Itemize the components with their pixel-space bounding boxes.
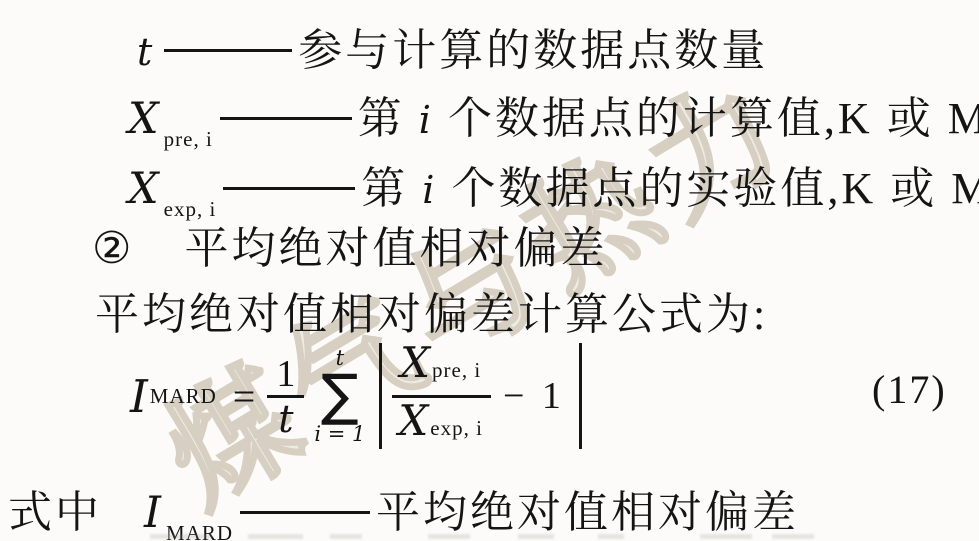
definition-text: 个数据点的计算值,K 或 MPa: [434, 94, 979, 143]
heading-text: 平均绝对值相对偏差: [184, 224, 607, 273]
definition-line-xpre: Xpre, i第 i 个数据点的计算值,K 或 MPa: [128, 82, 979, 152]
where-description: 平均绝对值相对偏差: [376, 488, 799, 537]
index-i: i: [419, 98, 434, 142]
variable-i-mard: I: [144, 488, 164, 538]
intro-sentence: 平均绝对值相对偏差计算公式为:: [95, 278, 768, 342]
definition-text: 个数据点的实验值,K 或 MPa: [437, 164, 979, 213]
item-marker: ②: [92, 224, 134, 273]
variable-x: X: [400, 340, 430, 386]
variable-x-subscript: pre, i: [164, 127, 213, 151]
document-page: 煤气与热力 t参与计算的数据点数量 Xpre, i第 i 个数据点的计算值,K …: [0, 0, 979, 541]
variable-x: X: [128, 94, 162, 144]
definition-dash: [164, 49, 292, 52]
absolute-value-bar-right: [579, 343, 582, 449]
fraction-numerator: Xpre, i: [394, 340, 489, 395]
fraction-denominator: t: [269, 398, 302, 440]
summation-lower-limit: i = 1: [314, 423, 365, 445]
equation-number: (17): [872, 366, 947, 413]
sigma-symbol: ∑: [321, 369, 359, 423]
definition-line-t: t参与计算的数据点数量: [137, 14, 768, 84]
variable-x: X: [128, 164, 162, 214]
equation-mard: IMARD = 1 t t ∑ i = 1 Xpre, i Xexp, i − …: [130, 340, 582, 452]
fraction-xpre-over-xexp: Xpre, i Xexp, i: [392, 340, 491, 453]
fraction-one-over-t: 1 t: [267, 353, 304, 440]
summation: t ∑ i = 1: [314, 347, 365, 445]
variable-t: t: [137, 30, 155, 74]
absolute-value-bar-left: [379, 343, 382, 449]
equation-lhs-subscript: MARD: [150, 384, 217, 409]
variable-x-subscript: exp, i: [430, 405, 483, 451]
definition-dash: [223, 187, 355, 190]
definition-text: 第: [361, 164, 422, 213]
definition-dash: [220, 117, 352, 120]
where-label: 式中: [8, 488, 102, 537]
fraction-numerator: 1: [267, 353, 304, 395]
definition-text: 参与计算的数据点数量: [298, 26, 768, 75]
section-heading: ②平均绝对值相对偏差: [92, 212, 607, 276]
cutoff-next-line-fragments: [0, 534, 979, 541]
minus-one-term: − 1: [503, 374, 565, 418]
index-i: i: [422, 168, 437, 212]
fraction-denominator: Xexp, i: [392, 398, 491, 453]
definition-dash: [240, 511, 370, 514]
where-clause: 式中IMARD平均绝对值相对偏差: [8, 476, 799, 541]
equals-sign: =: [233, 373, 256, 420]
definition-text: 第: [358, 94, 419, 143]
variable-x: X: [398, 398, 428, 444]
variable-x-subscript: pre, i: [432, 347, 481, 393]
equation-lhs-variable: I: [130, 370, 148, 423]
